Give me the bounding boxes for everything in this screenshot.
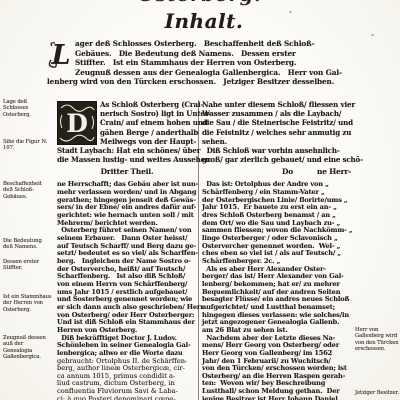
margin-note-stiffter: Dessen erster Stiffter.: [3, 259, 53, 272]
margin-note-figur: Sihe die Figur N. 107.: [3, 139, 53, 152]
left-text-column: D As Schloß Osterberg (Crai-nerisch Sost…: [57, 100, 197, 400]
left-para1-full-lines: Stadt Laybach: Hat ein schönes/ überdie …: [57, 146, 197, 164]
left-paragraph-4-latin: gebraucht: Ortolphus II. de Schärffen-be…: [57, 358, 197, 400]
summary-paragraph: L ager deß Schlosses Osterberg. Beschaff…: [47, 39, 363, 87]
catchword: ne Herr-: [317, 167, 351, 176]
right-paragraph-1: Nahe unter diesem Schloß/ fliessen vierW…: [202, 100, 353, 146]
column-divider-rule: [198, 100, 199, 400]
summary-lines: ager deß Schlosses Osterberg. Beschaffen…: [47, 39, 363, 87]
margin-note-zeugnuss: Zeugnuß dessen auß der Genealogia Gallen…: [3, 335, 53, 360]
left-paragraph-3: Osterberg führet seinen Namen/ vonseinem…: [57, 227, 197, 334]
left-initial-letter: D: [66, 109, 88, 138]
page-break-footer-left: Dritter Theil.: [57, 167, 197, 177]
ornate-initial-l: L: [47, 40, 73, 69]
running-head-clipped: Osterberg.: [110, 0, 290, 7]
left-paragraph-2: ne Herrschafft; das Gebäu aber ist nun-m…: [57, 181, 197, 227]
page-break-footer-right: Do ne Herr-: [202, 167, 353, 177]
scan-speck: [289, 11, 292, 13]
right-text-column: Nahe unter diesem Schloß/ fliessen vierW…: [202, 100, 353, 400]
margin-note-lage: Lage deß Schlosses Osterberg.: [3, 99, 53, 118]
signature-mark: Do: [282, 167, 293, 176]
left-paragraph-4-german: Diß bekräfftiget Doctor J. Ludov.Schönle…: [57, 335, 197, 358]
margin-note-stammhaus: Ist ein Stammhaus der Herren von Osterbe…: [3, 294, 53, 313]
summary-initial-letter: L: [51, 40, 71, 69]
scan-speck: [371, 34, 374, 36]
margin-note-gallenberg-erschossen: Herr von Gallenberg wird von den Türcken…: [355, 327, 399, 352]
left-paragraph-1: D As Schloß Osterberg (Crai-nerisch Sost…: [57, 100, 197, 164]
right-paragraph-3: Als es aber Herr Alexander Oster-berger/…: [202, 266, 353, 335]
right-paragraph-4: Nachdem aber der Letzte dieses Na-mens/ …: [202, 335, 353, 400]
right-paragraph-2: Diß Schloß war vorhin ansehnlich-groß/ g…: [202, 146, 353, 164]
margin-note-jetziger-besitzer: Jetziger Besitzer.: [355, 390, 399, 396]
running-head-text: Osterberg.: [110, 0, 290, 6]
margin-note-beschaffenheit: Beschaffenheit deß Schloß-Gebäues.: [3, 181, 53, 200]
page-title: Inhalt.: [48, 9, 360, 33]
part-label: Dritter Theil.: [57, 167, 197, 176]
woodcut-initial-d: D: [57, 101, 97, 145]
right-quote-paragraph: Das ist: Ortolphus der Andre von „Schärf…: [202, 181, 353, 265]
margin-note-bedeutung: Die Bedeutung deß Namens.: [3, 238, 53, 251]
scanned-book-page: { "running_head": { "text": "Osterberg."…: [0, 0, 400, 400]
